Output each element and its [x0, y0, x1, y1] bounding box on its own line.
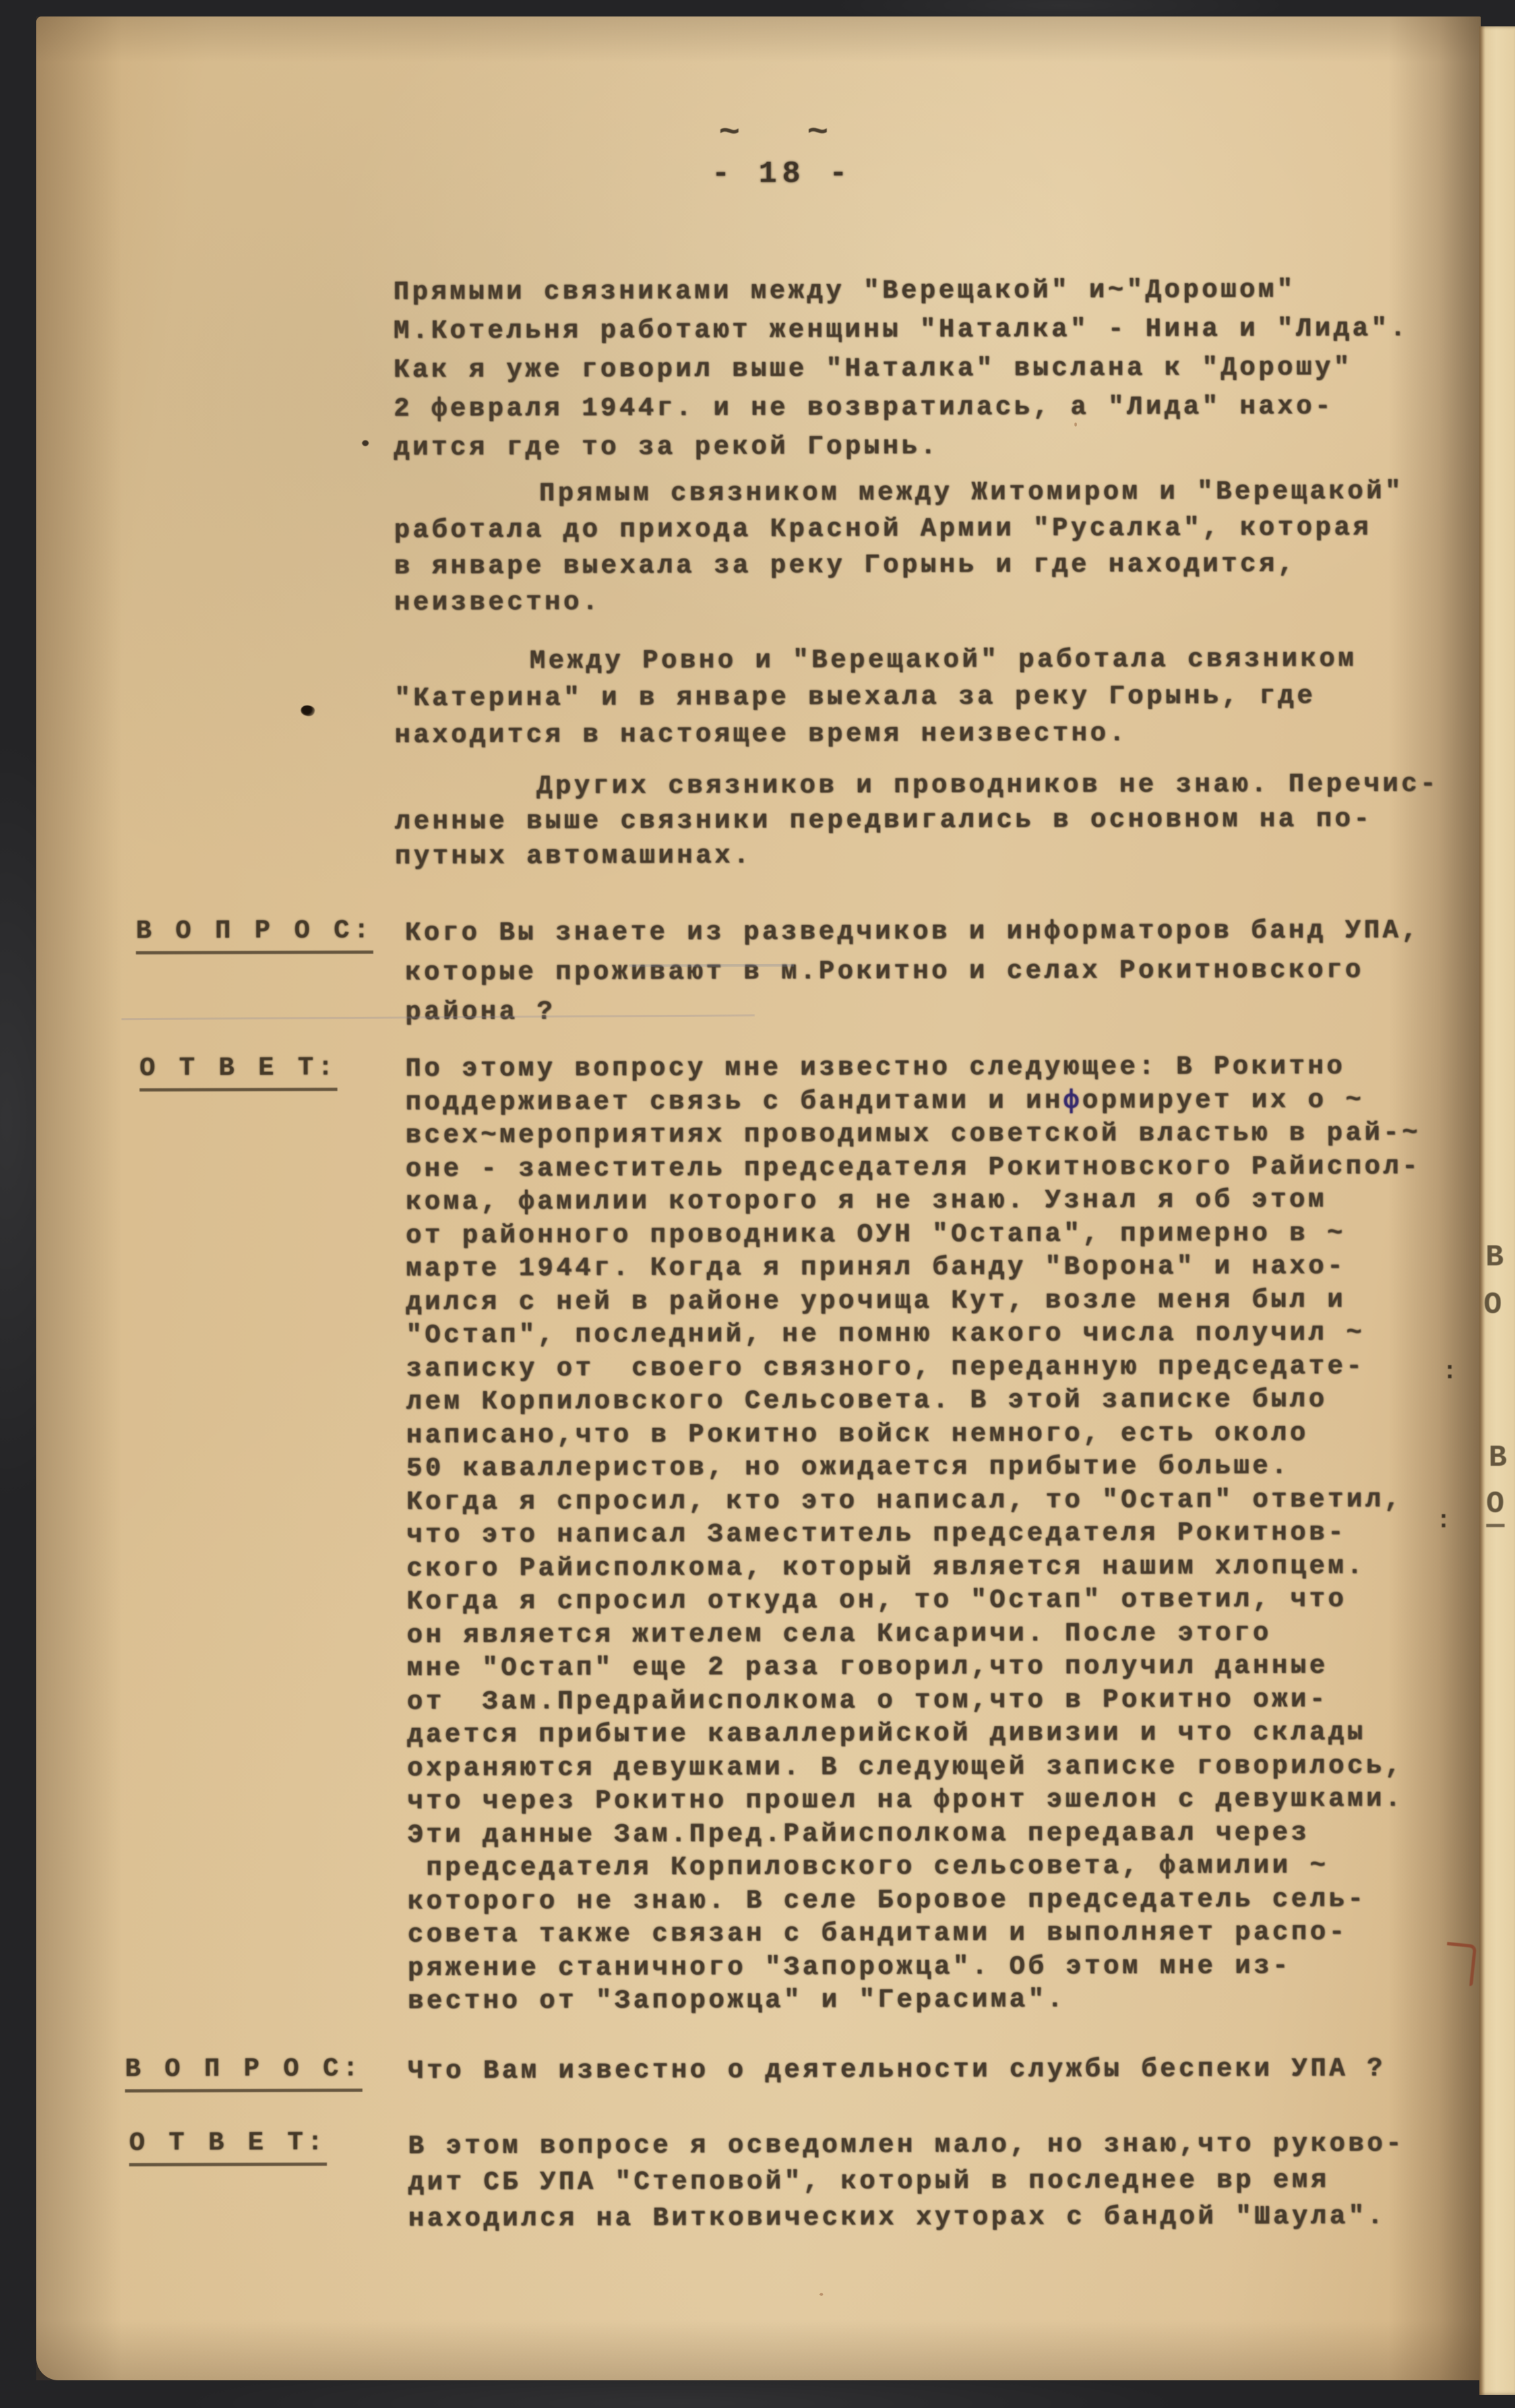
- text-line: поддерживает связь с бандитами и информи…: [406, 1085, 1365, 1118]
- text-line: Между Ровно и "Верещакой" работала связн…: [530, 645, 1357, 677]
- text-line: М.Котельня работают женщины "Наталка" - …: [393, 314, 1408, 347]
- document-body: Прямыми связниками между "Верещакой" и~"…: [0, 0, 1512, 2]
- text-line: что через Рокитно прошел на фронт эшелон…: [407, 1784, 1404, 1817]
- text-line: записку от своего связного, переданную п…: [406, 1352, 1365, 1385]
- text-line: По этому вопросу мне известно следующее:…: [405, 1052, 1345, 1085]
- text-segment: ормирует их о ~: [1082, 1085, 1365, 1116]
- text-line: находится в настоящее время неизвестно.: [394, 719, 1128, 752]
- page-number: - 18 -: [683, 157, 881, 192]
- adjacent-page-letter: О: [1486, 1487, 1504, 1527]
- text-line: от районного проводника ОУН "Остапа", пр…: [406, 1219, 1345, 1251]
- red-pen-mark: [1443, 1942, 1477, 1986]
- scan-background: ~ ~ - 18 - Прямыми связниками между "Вер…: [0, 0, 1515, 2408]
- adjacent-page-letter: О: [1483, 1288, 1502, 1322]
- document-text-layer: ~ ~ - 18 - Прямыми связниками между "Вер…: [0, 0, 1515, 2408]
- text-line: ского Райисполкома, который является наш…: [406, 1551, 1365, 1584]
- text-line: кома, фамилии которого я не знаю. Узнал …: [406, 1186, 1327, 1219]
- handwritten-correction: ф: [1063, 1086, 1082, 1116]
- tilde-mark-right: ~: [807, 113, 829, 154]
- text-line: что это написал Заместитель председателя…: [406, 1519, 1346, 1551]
- text-line: неизвестно.: [394, 588, 602, 619]
- text-line: Когда я спросил откуда он, то "Остап" от…: [407, 1585, 1347, 1618]
- text-line: В этом вопросе я осведомлен мало, но зна…: [408, 2129, 1405, 2162]
- stray-period-mark: [362, 440, 369, 446]
- text-line: оне - заместитель председателя Рокитновс…: [406, 1152, 1421, 1185]
- qa-label: В О П Р О С:: [136, 917, 373, 955]
- text-line: Что Вам известно о деятельности службы б…: [408, 2055, 1385, 2088]
- paper-speck: [478, 858, 481, 861]
- text-line: Как я уже говорил выше "Наталка" выслана…: [394, 353, 1353, 386]
- text-line: Когда я спросил, кто это написал, то "Ос…: [406, 1485, 1403, 1518]
- adjacent-page-letter: В: [1489, 1441, 1507, 1475]
- text-line: охраняются девушками. В следующей записк…: [407, 1751, 1404, 1784]
- text-line: которого не знаю. В селе Боровое председ…: [408, 1884, 1367, 1917]
- qa-label: В О П Р О С:: [125, 2055, 362, 2093]
- paper-speck: [819, 2293, 823, 2296]
- text-line: он является жителем села Кисаричи. После…: [407, 1618, 1272, 1650]
- text-segment: поддерживает связь с бандитами и ин: [406, 1086, 1064, 1118]
- adjacent-page-letter: В: [1485, 1240, 1504, 1275]
- qa-label: О Т В Е Т:: [139, 1054, 337, 1092]
- paper-speck: [1074, 423, 1077, 427]
- text-line: дается прибытие каваллерийской дивизии и…: [407, 1718, 1366, 1751]
- text-line: путных автомашинах.: [395, 841, 753, 872]
- text-line: района ?: [405, 998, 555, 1029]
- text-line: находился на Витковических хуторах с бан…: [408, 2202, 1386, 2235]
- text-line: Прямыми связниками между "Верещакой" и~"…: [393, 276, 1295, 309]
- text-line: в январе выехала за реку Горынь и где на…: [394, 550, 1296, 583]
- margin-colon-mark: :: [1442, 1358, 1458, 1386]
- text-line: 2 февраля 1944г. и не возвратилась, а "Л…: [394, 392, 1334, 425]
- text-line: дился с ней в районе урочища Кут, возле …: [406, 1285, 1345, 1318]
- qa-label: О Т В Е Т:: [129, 2128, 327, 2167]
- text-line: лем Корпиловского Сельсовета. В этой зап…: [406, 1385, 1328, 1418]
- text-line: от Зам.Предрайисполкома о том,что в Роки…: [407, 1685, 1328, 1718]
- text-line: работала до прихода Красной Армии "Русал…: [394, 514, 1371, 547]
- text-line: Кого Вы знаете из разведчиков и информат…: [405, 916, 1420, 949]
- text-line: 50 каваллеристов, но ожидается прибытие …: [406, 1452, 1290, 1485]
- text-line: дит СБ УПА "Степовой", который в последн…: [408, 2166, 1330, 2199]
- text-line: всех~мероприятиях проводимых советской в…: [406, 1118, 1421, 1151]
- text-line: дится где то за рекой Горынь.: [394, 432, 939, 464]
- tilde-mark-left: ~: [719, 113, 741, 154]
- margin-colon-mark: :: [1436, 1507, 1451, 1535]
- text-line: Других связников и проводников не знаю. …: [536, 769, 1438, 802]
- text-line: которые проживают в м.Рокитно и селах Ро…: [405, 956, 1364, 989]
- text-line: написано,что в Рокитно войск немного, ес…: [406, 1418, 1309, 1451]
- text-line: мне "Остап" еще 2 раза говорил,что получ…: [407, 1652, 1328, 1685]
- text-line: Эти данные Зам.Пред.Райисполкома передав…: [407, 1818, 1309, 1851]
- text-line: "Катерина" и в январе выехала за реку Го…: [394, 682, 1316, 715]
- text-line: "Остап", последний, не помню какого числ…: [406, 1319, 1365, 1352]
- text-line: совета также связан с бандитами и выполн…: [408, 1918, 1347, 1951]
- ink-blob: [299, 704, 316, 718]
- text-line: ряжение станичного "Запорожца". Об этом …: [408, 1951, 1291, 1984]
- text-line: Прямым связником между Житомиром и "Вере…: [539, 477, 1404, 509]
- text-line: марте 1944г. Когда я принял банду "Ворон…: [406, 1252, 1345, 1285]
- text-line: ленные выше связники передвигались в осн…: [394, 805, 1372, 838]
- text-line: председателя Корпиловского сельсовета, ф…: [408, 1851, 1329, 1884]
- text-line: вестно от "Запорожца" и "Герасима".: [408, 1985, 1066, 2018]
